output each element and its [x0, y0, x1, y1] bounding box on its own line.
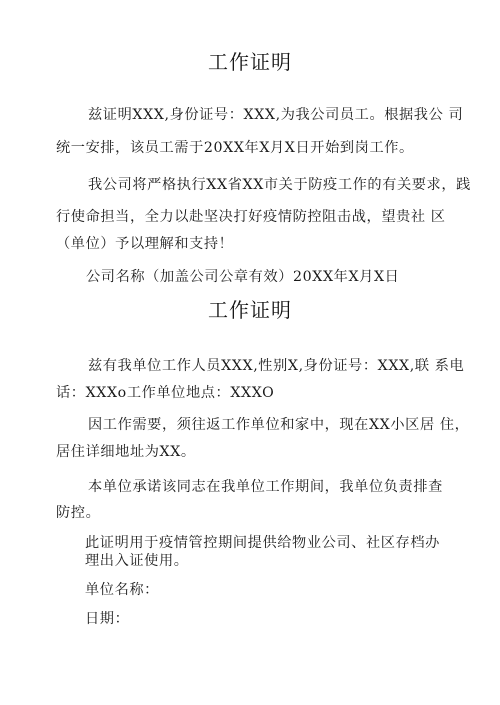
- date-label: 日期：: [85, 610, 129, 628]
- paragraph-5-line-1: 本单位承诺该同志在我单位工作期间，我单位负责排查: [88, 478, 443, 496]
- document-title-1: 工作证明: [0, 50, 500, 74]
- paragraph-5-line-2: 防控。: [56, 504, 100, 522]
- paragraph-2-line-2: 行使命担当，全力以赴坚决打好疫情防控阻击战，望贵社 区: [56, 208, 446, 226]
- paragraph-2-line-3: （单位）予以理解和支持！: [56, 235, 233, 253]
- paragraph-4-line-1: 因工作需要，须往返工作单位和家中，现在XX小区居 住，: [88, 416, 469, 434]
- company-signature: 公司名称（加盖公司公章有效）20XX年X月X日: [86, 268, 399, 286]
- paragraph-2-line-1: 我公司将严格执行XX省XX市关于防疫工作的有关要求，践: [88, 176, 471, 194]
- unit-name-label: 单位名称：: [85, 581, 159, 599]
- paragraph-1-line-1: 兹证明XXX,身份证号：XXX,为我公司员工。根据我公 司: [88, 106, 463, 124]
- paragraph-1-line-2: 统一安排，该员工需于20XX年X月X日开始到岗工作。: [56, 139, 414, 157]
- document-title-2: 工作证明: [0, 298, 500, 322]
- paragraph-6-line-2: 理出入证使用。: [85, 552, 189, 570]
- paragraph-3-line-2: 话：XXXo工作单位地点：XXXO: [56, 384, 274, 402]
- paragraph-4-line-2: 居住详细地址为XX。: [56, 443, 196, 461]
- paragraph-3-line-1: 兹有我单位工作人员XXX,性别X,身份证号：XXX,联 系电: [88, 357, 464, 375]
- paragraph-6-line-1: 此证明用于疫情管控期间提供给物业公司、社区存档办: [85, 534, 440, 552]
